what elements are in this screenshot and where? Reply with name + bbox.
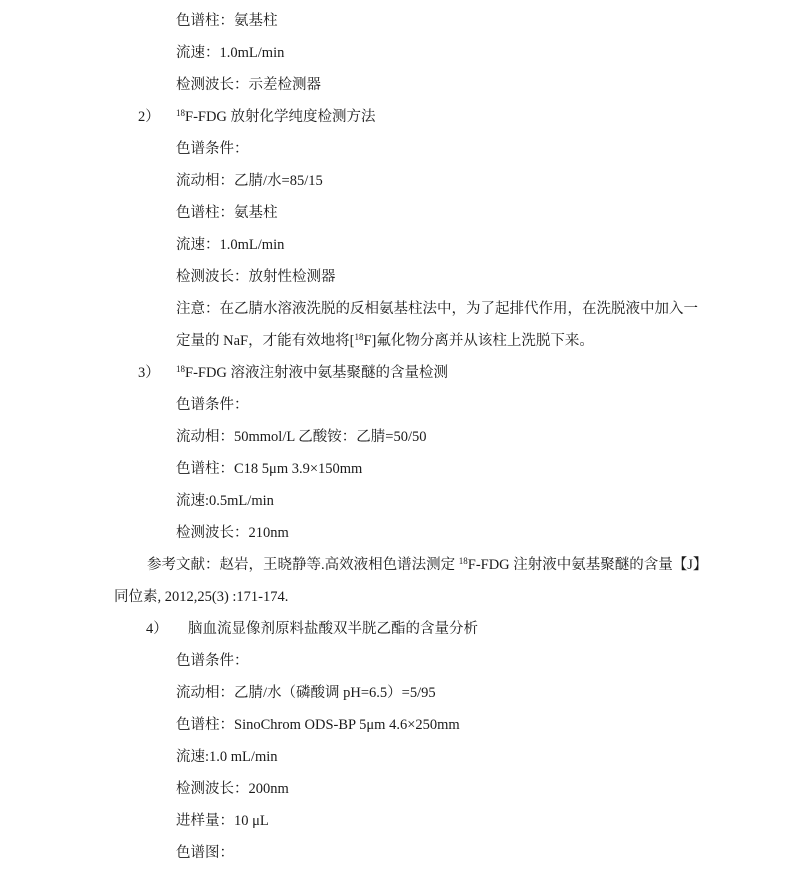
section-heading: 脑血流显像剂原料盐酸双半胱乙酯的含量分析 bbox=[188, 620, 478, 638]
flow-rate-line: 流速:0.5mL/min bbox=[176, 492, 274, 510]
reference-line-2: 同位素, 2012,25(3) :171-174. bbox=[114, 588, 288, 606]
mobile-phase-line: 流动相：乙腈/水=85/15 bbox=[176, 172, 323, 190]
detector-line: 检测波长：示差检测器 bbox=[176, 76, 321, 94]
item-number: 4） bbox=[146, 620, 168, 638]
flow-rate-line: 流速：1.0mL/min bbox=[176, 236, 284, 254]
mobile-phase-line: 流动相：乙腈/水（磷酸调 pH=6.5）=5/95 bbox=[176, 684, 436, 702]
item-number: 3） bbox=[138, 364, 160, 382]
column-line: 色谱柱：C18 5μm 3.9×150mm bbox=[176, 460, 362, 478]
conditions-label: 色谱条件： bbox=[176, 396, 249, 414]
reference-line-1: 参考文献：赵岩，王晓静等.高效液相色谱法测定 18F-FDG 注射液中氨基聚醚的… bbox=[147, 556, 707, 574]
section-heading: 18F-FDG 放射化学纯度检测方法 bbox=[176, 108, 376, 126]
detector-line: 检测波长：放射性检测器 bbox=[176, 268, 336, 286]
flow-rate-line: 流速：1.0mL/min bbox=[176, 44, 284, 62]
note-line-1: 注意：在乙腈水溶液洗脱的反相氨基柱法中，为了起排代作用，在洗脱液中加入一 bbox=[176, 300, 698, 318]
conditions-label: 色谱条件： bbox=[176, 652, 249, 670]
column-line: 色谱柱：SinoChrom ODS-BP 5μm 4.6×250mm bbox=[176, 716, 460, 734]
column-line: 色谱柱：氨基柱 bbox=[176, 204, 278, 222]
chromatogram-label: 色谱图： bbox=[176, 844, 234, 862]
column-line: 色谱柱：氨基柱 bbox=[176, 12, 278, 30]
conditions-label: 色谱条件： bbox=[176, 140, 249, 158]
mobile-phase-line: 流动相：50mmol/L 乙酸铵：乙腈=50/50 bbox=[176, 428, 427, 446]
item-number: 2） bbox=[138, 108, 160, 126]
flow-rate-line: 流速:1.0 mL/min bbox=[176, 748, 278, 766]
note-line-2: 定量的 NaF，才能有效地将[18F]氟化物分离并从该柱上洗脱下来。 bbox=[176, 332, 594, 350]
section-heading: 18F-FDG 溶液注射液中氨基聚醚的含量检测 bbox=[176, 364, 448, 382]
detector-line: 检测波长：210nm bbox=[176, 524, 289, 542]
injection-volume-line: 进样量：10 μL bbox=[176, 812, 269, 830]
detector-line: 检测波长：200nm bbox=[176, 780, 289, 798]
